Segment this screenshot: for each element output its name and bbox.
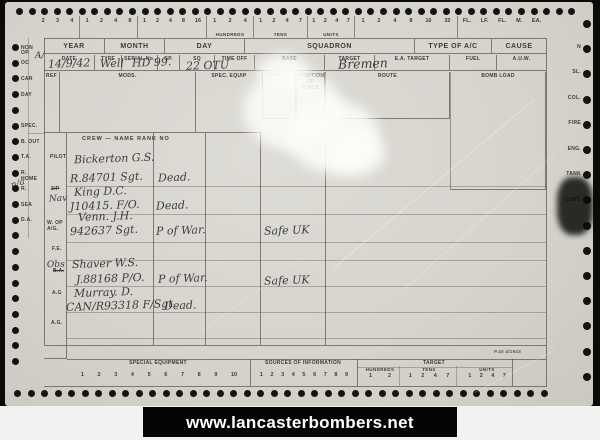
punch-hole xyxy=(342,8,349,15)
punch-hole xyxy=(531,8,538,15)
punch-hole xyxy=(217,8,224,15)
scale-number: FL. xyxy=(463,19,471,25)
punch-hole xyxy=(12,138,19,145)
scale-numbers: 12481632 xyxy=(355,19,457,25)
header-cell: MONTH xyxy=(105,39,165,53)
punch-hole xyxy=(55,390,62,397)
punch-hole xyxy=(568,8,575,15)
punch-hole xyxy=(12,327,19,334)
punch-hole xyxy=(493,8,500,15)
crew-row-line xyxy=(66,214,546,215)
crew-name: Venn. J.H. xyxy=(78,210,133,223)
punch-hole xyxy=(505,8,512,15)
punch-hole xyxy=(379,390,386,397)
left-margin-label-day: DAY xyxy=(21,93,43,99)
scale-number: 4 xyxy=(244,19,247,25)
punch-hole xyxy=(12,75,19,82)
punch-hole xyxy=(583,272,591,280)
scale-number: 1 xyxy=(361,19,364,25)
scale-number: 8 xyxy=(128,19,131,25)
number-scale-strip: 2341248124816124HUNDREDS1247TENS1247UNIT… xyxy=(36,16,546,38)
punch-hole xyxy=(12,91,19,98)
punch-hole xyxy=(95,390,102,397)
crew-name: Murray. D. xyxy=(74,286,133,299)
left-margin-label-r-: R. xyxy=(21,187,43,193)
punch-hole xyxy=(583,297,591,305)
scale-numbers: 234 xyxy=(36,19,79,25)
header-cell: SQUADRON xyxy=(245,39,415,53)
scale-number: 2 xyxy=(324,19,327,25)
punch-hole xyxy=(338,390,345,397)
punch-hole xyxy=(122,390,129,397)
handwritten-type-value: Well xyxy=(100,58,124,70)
punch-hole xyxy=(583,247,591,255)
handwritten-target-value: Bremen xyxy=(338,57,388,71)
scale-number: 8 xyxy=(182,19,185,25)
left-margin-label-d-a-: D.A. xyxy=(21,218,43,224)
punch-hole xyxy=(12,217,19,224)
form-left-edge xyxy=(44,38,45,345)
header-cell: CAUSE xyxy=(492,39,546,53)
crew-name: Shaver W.S. xyxy=(72,257,139,270)
crew-column-line xyxy=(260,133,261,345)
punch-hole xyxy=(229,8,236,15)
scale-number: 4 xyxy=(169,19,172,25)
scale-number: 4 xyxy=(335,19,338,25)
crew-role-label: A.G. xyxy=(51,321,62,327)
special-equipment-number: 3 xyxy=(114,373,117,379)
punch-hole xyxy=(41,390,48,397)
punch-hole xyxy=(311,390,318,397)
punch-hole xyxy=(190,390,197,397)
header-cell-label: SQUADRON xyxy=(307,43,352,51)
header-cell-label: DAY xyxy=(197,43,213,51)
handwritten-ref-mark: A/ xyxy=(35,52,45,61)
crew-role-handwritten: Nav xyxy=(49,195,68,205)
punch-hole xyxy=(583,70,591,78)
punch-hole xyxy=(446,390,453,397)
punch-hole xyxy=(267,8,274,15)
bottom-target-label: TARGET xyxy=(423,361,445,367)
punch-hole xyxy=(12,248,19,255)
punch-hole xyxy=(12,60,19,67)
punch-hole xyxy=(583,373,591,381)
watermark-box: www.lancasterbombers.net xyxy=(143,407,457,437)
punch-hole xyxy=(500,390,507,397)
punch-hole xyxy=(12,295,19,302)
punch-hole xyxy=(583,322,591,330)
scale-number: 2 xyxy=(42,19,45,25)
punch-hole xyxy=(12,264,19,271)
handwritten-date-value: 14/9/42 xyxy=(48,57,91,69)
form-right-edge xyxy=(546,38,547,387)
scale-number: 16 xyxy=(195,19,201,25)
field-label: FUEL xyxy=(466,57,480,63)
field-label: MODS. xyxy=(119,74,137,80)
special-equipment-number: 8 xyxy=(198,373,201,379)
target-units-number: 4 xyxy=(491,374,494,380)
target-tens-label: TENS xyxy=(404,368,454,373)
special-equipment-number: 7 xyxy=(181,373,184,379)
left-margin-label-t-a-: T.A. xyxy=(21,155,43,161)
sources-of-information-number: 3 xyxy=(281,373,284,379)
punch-hole xyxy=(292,8,299,15)
punch-hole xyxy=(68,390,75,397)
punch-hole xyxy=(14,390,21,397)
header-cell-label: TYPE OF A/C xyxy=(428,43,477,51)
crew-name: Bickerton G.S. xyxy=(74,152,155,166)
crew-fate: Dead. xyxy=(164,299,197,311)
crew-row-line xyxy=(66,338,546,339)
scale-number: 8 xyxy=(409,19,412,25)
scale-sublabel: TENS xyxy=(254,33,307,38)
crew-role-label: F.E. xyxy=(52,247,62,253)
field-label: A.U.W. xyxy=(513,57,531,63)
punch-hole xyxy=(12,107,19,114)
punch-hole xyxy=(192,8,199,15)
scale-number: FL. xyxy=(498,19,506,25)
sources-of-information-number: 4 xyxy=(292,373,295,379)
punch-hole xyxy=(12,44,19,51)
scale-number: 4 xyxy=(70,19,73,25)
right-margin-label-eng-: ENG. xyxy=(551,147,581,153)
left-margin-group-divider xyxy=(28,133,44,134)
header-cell-label: CAUSE xyxy=(505,43,532,51)
sources-of-information-label: SOURCES OF INFORMATION xyxy=(265,361,341,367)
crew-role-label: W. OP A/G. xyxy=(47,221,65,233)
punch-hole xyxy=(430,8,437,15)
punch-hole xyxy=(355,8,362,15)
special-equipment-number: 1 xyxy=(81,373,84,379)
handwritten-serial-value: HD 99. xyxy=(132,56,172,68)
scale-number: 1 xyxy=(86,19,89,25)
scale-number: 7 xyxy=(299,19,302,25)
punch-card: 2341248124816124HUNDREDS1247TENS1247UNIT… xyxy=(5,2,593,406)
header-cell-label: MONTH xyxy=(120,43,148,51)
sources-of-information-number: 9 xyxy=(345,373,348,379)
punch-hole xyxy=(583,146,591,154)
target-subgroup-line xyxy=(399,366,400,386)
left-margin-label-b-out: B. OUT xyxy=(21,140,43,146)
punch-hole xyxy=(380,8,387,15)
punch-hole xyxy=(583,96,591,104)
punch-hole xyxy=(12,311,19,318)
crew-row-line xyxy=(66,312,546,313)
scale-group: 12481632 xyxy=(355,16,458,38)
crew-column-line xyxy=(153,133,154,345)
punch-hole xyxy=(406,390,413,397)
punch-hole xyxy=(116,8,123,15)
crew-role-label: A.G xyxy=(52,291,62,297)
header-cell: TYPE OF A/C xyxy=(415,39,492,53)
sources-of-information-number: 5 xyxy=(302,373,305,379)
field-cell-fuel: FUEL xyxy=(450,55,497,70)
header-cell: YEAR xyxy=(44,39,105,53)
punch-hole xyxy=(142,8,149,15)
punch-hole xyxy=(280,8,287,15)
crew-number-rank: CAN/R93318 F/Sgt xyxy=(66,298,173,313)
target-units-number: 1 xyxy=(468,374,471,380)
punch-hole xyxy=(12,280,19,287)
punch-hole xyxy=(284,390,291,397)
punch-hole xyxy=(66,8,73,15)
punch-hole xyxy=(405,8,412,15)
punch-hole xyxy=(419,390,426,397)
punch-hole xyxy=(583,348,591,356)
punch-hole xyxy=(480,8,487,15)
punch-hole xyxy=(271,390,278,397)
punch-hole xyxy=(12,123,19,130)
crew-fate: P of War. xyxy=(156,224,206,237)
target-units-number: 2 xyxy=(480,374,483,380)
scale-sublabel: UNITS xyxy=(308,33,354,38)
scale-numbers: 1248 xyxy=(80,19,137,25)
punch-hole xyxy=(12,358,19,365)
crew-number-rank: R.84701 Sgt. xyxy=(70,171,143,185)
sources-of-information-number: 6 xyxy=(313,373,316,379)
punch-hole xyxy=(154,8,161,15)
crew-role-label: PILOT xyxy=(50,155,66,161)
scale-numbers: FL.LF.FL.M.EA. xyxy=(458,19,546,25)
scale-group: FL.LF.FL.M.EA. xyxy=(458,16,546,38)
right-margin-label-fire: FIRE xyxy=(551,121,581,127)
punch-hole xyxy=(460,390,467,397)
scale-number: 2 xyxy=(100,19,103,25)
right-margin-label-n: N xyxy=(551,45,581,51)
box-label: BOMB LOAD xyxy=(481,74,515,80)
punch-hole xyxy=(325,390,332,397)
punch-hole xyxy=(29,8,36,15)
crew-number-rank: J.88168 P/O. xyxy=(76,272,145,285)
punch-hole xyxy=(109,390,116,397)
punch-hole xyxy=(330,8,337,15)
scale-sublabel: HUNDREDS xyxy=(207,33,253,38)
target-tens-number: 2 xyxy=(421,374,424,380)
punch-hole xyxy=(365,390,372,397)
punch-hole xyxy=(583,20,591,28)
punch-hole xyxy=(167,8,174,15)
punch-hole xyxy=(487,390,494,397)
crew-note: Safe UK xyxy=(264,224,310,237)
scale-number: 4 xyxy=(393,19,396,25)
punch-hole xyxy=(12,170,19,177)
scale-group: 1248 xyxy=(80,16,138,38)
scale-numbers: 124 xyxy=(207,19,253,25)
punch-hole xyxy=(12,232,19,239)
punch-hole xyxy=(257,390,264,397)
scale-number: LF. xyxy=(481,19,489,25)
scale-number: M. xyxy=(516,19,522,25)
crew-header: CREW — NAME RANK NO xyxy=(82,137,170,143)
punch-hole xyxy=(12,154,19,161)
bottom-section-line xyxy=(357,359,358,386)
scale-numbers: 124816 xyxy=(138,19,206,25)
target-units-label: UNITS xyxy=(464,368,510,373)
crew-fate: Dead. xyxy=(156,199,189,211)
scale-group: 124816 xyxy=(138,16,207,38)
punch-hole xyxy=(305,8,312,15)
sources-of-information-number: 8 xyxy=(334,373,337,379)
left-margin-divider xyxy=(28,38,29,238)
punch-hole xyxy=(556,8,563,15)
crew-number-rank: 942637 Sgt. xyxy=(70,224,138,237)
left-margin-label-spec-: SPEC. xyxy=(21,124,43,130)
field-cell-mods-: MODS. xyxy=(60,72,196,132)
punch-hole xyxy=(16,8,23,15)
punch-hole xyxy=(129,8,136,15)
special-equipment-number: 6 xyxy=(164,373,167,379)
punch-hole xyxy=(244,390,251,397)
punch-hole xyxy=(443,8,450,15)
punch-hole xyxy=(54,8,61,15)
box-label: ROUTE xyxy=(378,74,397,80)
crew-column-line xyxy=(205,133,206,345)
punch-hole xyxy=(254,8,261,15)
field-label: E.A. TARGET xyxy=(395,57,430,63)
scale-numbers: 1247 xyxy=(254,19,307,25)
punch-hole xyxy=(79,8,86,15)
scale-number: 16 xyxy=(425,19,431,25)
punch-hole xyxy=(12,342,19,349)
target-tens: 1247 xyxy=(404,374,454,380)
scale-number: 4 xyxy=(286,19,289,25)
punch-hole xyxy=(392,390,399,397)
punch-hole xyxy=(230,390,237,397)
target-hundreds-number: 1 xyxy=(369,374,372,380)
scale-number: 2 xyxy=(272,19,275,25)
punch-hole xyxy=(242,8,249,15)
punch-hole xyxy=(12,201,19,208)
crew-role-struck: 2/P xyxy=(51,187,59,193)
bottom-section-line xyxy=(250,359,251,386)
punch-hole xyxy=(352,390,359,397)
punch-hole xyxy=(583,121,591,129)
watermark-text: www.lancasterbombers.net xyxy=(186,414,414,431)
punch-hole xyxy=(179,8,186,15)
punch-hole xyxy=(136,390,143,397)
punch-hole xyxy=(518,8,525,15)
print-reference: P.40 4/1943 xyxy=(494,349,521,354)
scale-numbers: 1247 xyxy=(308,19,354,25)
punch-hole xyxy=(298,390,305,397)
punch-hole xyxy=(41,8,48,15)
punch-hole xyxy=(468,8,475,15)
handwritten-sq-value: 22 OTU xyxy=(186,59,229,71)
special-equipment-number: 2 xyxy=(98,373,101,379)
special-equipment: 12345678910 xyxy=(74,373,244,379)
scale-number: 2 xyxy=(377,19,380,25)
scale-group: 1247TENS xyxy=(254,16,308,38)
punch-hole xyxy=(541,390,548,397)
scale-number: 2 xyxy=(156,19,159,25)
scale-group: 234 xyxy=(36,16,80,38)
field-cell-ref: REF xyxy=(44,72,60,132)
left-margin-label-car: CAR xyxy=(21,77,43,83)
punch-hole xyxy=(514,390,521,397)
punch-hole xyxy=(176,390,183,397)
header-cell-label: YEAR xyxy=(63,43,84,51)
stain-blob xyxy=(323,130,385,176)
sources-of-information-number: 7 xyxy=(324,373,327,379)
punch-hole xyxy=(543,8,550,15)
punch-hole xyxy=(317,8,324,15)
target-hundreds: 12 xyxy=(361,374,399,380)
crew-fate: Dead. xyxy=(158,171,191,183)
target-tens-number: 7 xyxy=(446,374,449,380)
target-subgroup-line xyxy=(456,366,457,386)
sources-of-information: 123456789 xyxy=(256,373,352,379)
scale-number: 32 xyxy=(444,19,450,25)
bottom-scale-strip: SPECIAL EQUIPMENT12345678910SOURCES OF I… xyxy=(44,345,546,388)
crew-table: CREW — NAME RANK NOPILOTBickerton G.S.R.… xyxy=(44,133,546,345)
watermark-band: www.lancasterbombers.net xyxy=(0,406,600,440)
punch-hole xyxy=(149,390,156,397)
target-hundreds-label: HUNDREDS xyxy=(361,368,399,373)
target-hundreds-number: 2 xyxy=(388,374,391,380)
sources-of-information-number: 1 xyxy=(260,373,263,379)
header-cell: DAY xyxy=(165,39,245,53)
left-margin-label-sea: SEA xyxy=(21,203,43,209)
crew-row-line xyxy=(66,186,546,187)
target-tens-number: 1 xyxy=(409,374,412,380)
special-equipment-number: 5 xyxy=(148,373,151,379)
scale-number: 1 xyxy=(143,19,146,25)
scale-number: EA. xyxy=(532,19,541,25)
right-margin-label-col-: COL. xyxy=(551,96,581,102)
scale-number: 1 xyxy=(312,19,315,25)
punch-hole xyxy=(393,8,400,15)
field-label: REF xyxy=(46,74,57,80)
punch-hole xyxy=(91,8,98,15)
punch-hole xyxy=(455,8,462,15)
field-cell-a-u-w-: A.U.W. xyxy=(497,55,546,70)
stain-blob xyxy=(257,54,309,90)
special-equipment-label: SPECIAL EQUIPMENT xyxy=(129,361,187,367)
punch-hole xyxy=(204,8,211,15)
field-row-mods: REFMODS.SPEC. EQUIP xyxy=(44,72,262,133)
form-header-row: YEARMONTHDAYSQUADRONTYPE OF A/CCAUSE xyxy=(44,38,546,54)
punch-hole xyxy=(367,8,374,15)
scale-number: 1 xyxy=(259,19,262,25)
special-equipment-number: 4 xyxy=(131,373,134,379)
scale-number: 1 xyxy=(213,19,216,25)
punch-hole xyxy=(82,390,89,397)
scale-group: 1247UNITS xyxy=(308,16,355,38)
special-equipment-number: 10 xyxy=(231,373,237,379)
punch-hole xyxy=(203,390,210,397)
crew-role-handwritten: Obs xyxy=(47,261,65,271)
punch-hole xyxy=(217,390,224,397)
ink-smudge xyxy=(557,177,593,235)
scale-number: 7 xyxy=(347,19,350,25)
left-margin-label-oc: OC xyxy=(21,61,43,67)
punch-hole xyxy=(433,390,440,397)
punch-hole xyxy=(28,390,35,397)
scanned-photo: 2341248124816124HUNDREDS1247TENS1247UNIT… xyxy=(0,0,600,440)
special-equipment-number: 9 xyxy=(214,373,217,379)
right-margin-label-sl-: SL. xyxy=(551,70,581,76)
punch-hole xyxy=(527,390,534,397)
scale-number: 4 xyxy=(114,19,117,25)
punch-hole xyxy=(583,45,591,53)
crew-fate: P of War. xyxy=(158,272,208,285)
scale-number: 3 xyxy=(56,19,59,25)
bottom-small-box xyxy=(44,346,67,359)
crew-row-line xyxy=(66,242,546,243)
scale-number: 2 xyxy=(228,19,231,25)
bottom-strip-bottom-line xyxy=(44,386,546,387)
punch-hole xyxy=(163,390,170,397)
